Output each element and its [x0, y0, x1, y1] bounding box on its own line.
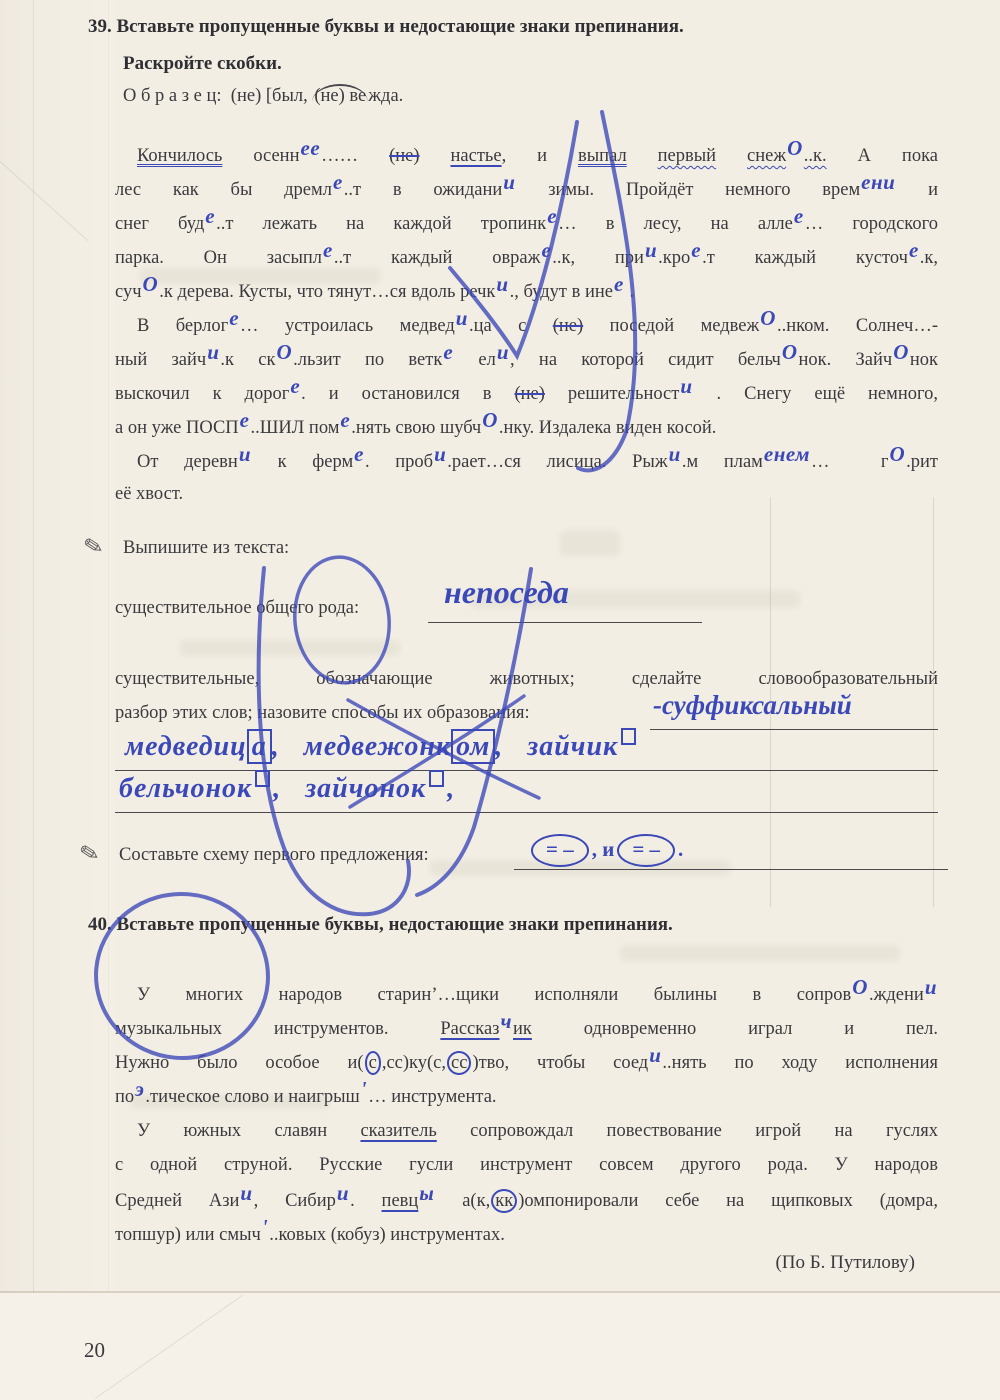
- text-segment: (не): [553, 316, 583, 336]
- text-segment: настье: [451, 146, 502, 166]
- handwritten-insert: е: [794, 205, 804, 228]
- text-segment: .ждени: [869, 985, 924, 1005]
- text-line: От деревни к ферме. проби.рает…ся лисица…: [115, 443, 938, 477]
- text-segment: ,сс)ку(с,: [382, 1053, 446, 1073]
- text-line: её хвост.: [115, 477, 938, 511]
- handwritten-insert: ʹ: [262, 1216, 268, 1239]
- handwritten-insert: и: [680, 375, 692, 398]
- page-number: 20: [84, 1338, 105, 1363]
- text-segment: музыкальных инструментов.: [115, 1019, 440, 1039]
- handwritten-insert: е: [547, 205, 557, 228]
- text-line: лес как бы дремле..т в ожидании зимы. Пр…: [115, 171, 938, 205]
- text-segment: … городского: [805, 214, 938, 234]
- text-segment: .тическое слово и наигрыш: [145, 1087, 359, 1107]
- text-segment: … устроилась медвед: [240, 316, 455, 336]
- text-segment: по: [115, 1087, 134, 1107]
- text-segment: и: [896, 180, 938, 200]
- text-segment: её хвост.: [115, 484, 183, 504]
- handwritten-insert: е: [333, 171, 343, 194]
- text-segment: [255, 770, 270, 787]
- text-segment: Нужно было особое и(: [115, 1053, 364, 1073]
- handwritten-words-row-2: бельчонок, зайчонок,: [119, 773, 455, 805]
- text-line: а он уже ПОСПе..ШИЛ поме.нять свою шубчО…: [115, 409, 938, 443]
- handwritten-insert: О: [889, 443, 905, 466]
- text-segment: . и остановился в: [301, 384, 514, 404]
- text-segment: .к,: [920, 248, 938, 268]
- text-line: сучО.к дерева. Кусты, что тянут…ся вдоль…: [115, 273, 938, 307]
- text-segment: . проб: [365, 452, 433, 472]
- handwritten-insert: О: [143, 273, 159, 296]
- text-segment: первый: [658, 146, 716, 166]
- text-segment: решительност: [545, 384, 679, 404]
- text-segment: снег буд: [115, 214, 204, 234]
- text-segment: выпал: [578, 146, 627, 166]
- scheme-oval-1: = –: [531, 834, 589, 867]
- text-segment: одновременно играл и пел.: [532, 1019, 938, 1039]
- text-segment: , зайчик: [495, 731, 618, 762]
- text-segment: бельчонок: [119, 773, 252, 804]
- showthrough-smudge: [180, 640, 400, 656]
- handwritten-insert: ы: [419, 1182, 434, 1205]
- text-segment: снеж: [747, 146, 786, 166]
- text-segment: От деревн: [137, 452, 238, 472]
- handwritten-insert: и: [337, 1182, 349, 1205]
- text-segment: ный зайч: [115, 350, 206, 370]
- text-segment: … в лесу, на алле: [558, 214, 793, 234]
- text-segment: нок. Зайч: [798, 350, 892, 370]
- scheme-mid: , и: [592, 837, 615, 861]
- exercise-40-paragraph-1: У многих народов старин’…щики исполняли …: [115, 976, 938, 1112]
- text-segment: )омпонировали себе на щипковых (домра,: [518, 1191, 938, 1211]
- text-segment: (не): [389, 146, 419, 166]
- text-segment: О б р а з е ц:: [123, 86, 231, 106]
- text-segment: жда.: [368, 86, 403, 106]
- text-segment: .ца с: [469, 316, 553, 336]
- text-segment: ..ШИЛ пом: [250, 418, 339, 438]
- text-line: Средней Азии, Сибири. певцы а(к,кк)омпон…: [115, 1182, 938, 1216]
- text-segment: … инструмента.: [368, 1087, 496, 1107]
- handwritten-insert: и: [503, 171, 515, 194]
- text-segment: А пока: [827, 146, 938, 166]
- showthrough-smudge: [560, 530, 620, 556]
- text-segment: сс: [447, 1051, 471, 1075]
- handwritten-insert: О: [782, 341, 798, 364]
- text-segment: поседой медвеж: [583, 316, 759, 336]
- exercise-40-paragraph-2: У южных славян сказитель сопровождал пов…: [115, 1114, 938, 1250]
- handwritten-insert: е: [205, 205, 215, 228]
- text-line: У южных славян сказитель сопровождал пов…: [115, 1114, 938, 1148]
- scanned-workbook-page: 39. Вставьте пропущенные буквы и недоста…: [0, 0, 1000, 1400]
- text-segment: Кончилось: [137, 146, 222, 166]
- text-segment: Рассказ: [440, 1019, 499, 1039]
- text-segment: (не) ве: [312, 84, 368, 106]
- text-segment: ……: [321, 146, 389, 166]
- handwritten-insert: и: [456, 307, 468, 330]
- text-segment: .рает…ся лисица. Рыж: [447, 452, 667, 472]
- text-segment: сказитель: [360, 1121, 436, 1141]
- handwritten-insert: и: [239, 443, 251, 466]
- text-segment: .кро: [658, 248, 690, 268]
- handwritten-insert: и: [497, 341, 509, 364]
- text-line: Кончилось осеннее…… (не) настье, и выпал…: [115, 137, 938, 171]
- text-segment: , Сибир: [254, 1191, 336, 1211]
- answer-line-2: [115, 812, 938, 813]
- handwritten-insert: и: [925, 976, 937, 999]
- handwritten-insert: ч: [501, 1010, 513, 1033]
- text-segment: .рит: [906, 452, 938, 472]
- page-left-margin: [0, 0, 115, 1400]
- text-segment: лес как бы дремл: [115, 180, 332, 200]
- text-segment: певц: [382, 1191, 419, 1211]
- text-segment: а он уже ПОСП: [115, 418, 239, 438]
- text-segment: ., будут в ине: [510, 282, 613, 302]
- text-segment: к ферм: [252, 452, 353, 472]
- handwritten-insert: и: [496, 273, 508, 296]
- handwritten-insert: е: [290, 375, 300, 398]
- text-line: выскочил к дороге. и остановился в (не) …: [115, 375, 938, 409]
- handwritten-insert: е: [541, 239, 551, 262]
- text-segment: с одной струной. Русские гусли инструмен…: [115, 1155, 938, 1175]
- exercise-39-paragraph-1: Кончилось осеннее…… (не) настье, и выпал…: [115, 137, 938, 307]
- text-segment: … г: [811, 452, 888, 472]
- text-segment: , медвежонк: [272, 731, 451, 762]
- task2-answer-blank: [650, 729, 938, 730]
- handwritten-insert: е: [443, 341, 453, 364]
- handwritten-insert: е: [323, 239, 333, 262]
- text-segment: суч: [115, 282, 142, 302]
- answer-line-1: [115, 770, 938, 771]
- text-line: Нужно было особое и(с,сс)ку(с,сс)тво, чт…: [115, 1044, 938, 1078]
- text-line: топшур) или смычʹ..ковых (кобуз) инструм…: [115, 1216, 938, 1250]
- text-segment: У южных славян: [137, 1121, 360, 1141]
- text-segment: сопровождал повествование игрой на гусля…: [437, 1121, 938, 1141]
- text-segment: [420, 146, 451, 166]
- handwritten-insert: О: [787, 137, 803, 160]
- bottom-paper-band: [0, 1293, 1000, 1400]
- handwritten-insert: О: [276, 341, 292, 364]
- text-segment: а: [247, 729, 272, 764]
- handwritten-insert: е: [691, 239, 701, 262]
- text-segment: . Снегу ещё немного,: [694, 384, 938, 404]
- text-segment: , зайчонок: [273, 773, 426, 804]
- handwritten-insert: е: [240, 409, 250, 432]
- exercise-39-paragraph-3: От деревни к ферме. проби.рает…ся лисица…: [115, 443, 938, 511]
- handwritten-insert: ени: [861, 171, 895, 194]
- task1-label: Выпишите из текста:: [123, 538, 289, 559]
- handwritten-insert: е: [614, 273, 624, 296]
- handwritten-insert: енем: [764, 443, 810, 466]
- text-segment: ..т каждый овраж: [334, 248, 541, 268]
- attribution: (По Б. Путилову): [115, 1252, 915, 1274]
- text-segment: [621, 728, 636, 745]
- handwritten-insert: О: [482, 409, 498, 432]
- text-segment: ,: [447, 773, 455, 804]
- text-segment: ел: [454, 350, 496, 370]
- text-segment: [627, 146, 658, 166]
- text-segment: ..к.: [804, 146, 827, 166]
- text-line: ный зайчи.к скО.льзит по ветке ели, на к…: [115, 341, 938, 375]
- handwritten-insert: и: [645, 239, 657, 262]
- text-segment: ..т в ожидани: [344, 180, 502, 200]
- text-segment: .льзит по ветк: [293, 350, 442, 370]
- horizontal-crease: [0, 1291, 1000, 1293]
- handwritten-insert: и: [240, 1182, 252, 1205]
- task1-field-label: существительное общего рода:: [115, 598, 359, 619]
- text-line: В берлоге… устроилась медведи.ца с (не) …: [115, 307, 938, 341]
- showthrough-smudge: [620, 945, 900, 961]
- handwritten-insert: О: [852, 976, 868, 999]
- text-segment: топшур) или смыч: [115, 1225, 261, 1245]
- text-segment: [429, 770, 444, 787]
- handwritten-insert: О: [893, 341, 909, 364]
- text-segment: а(к,: [435, 1191, 490, 1211]
- text-segment: [716, 146, 747, 166]
- text-line: парка. Он засыпле..т каждый овраже..к, п…: [115, 239, 938, 273]
- scheme-end: .: [678, 837, 683, 861]
- handwritten-insert: е: [354, 443, 364, 466]
- handwritten-words-row-1: медведица, медвежонком, зайчик: [125, 731, 639, 763]
- text-segment: выскочил к дорог: [115, 384, 289, 404]
- text-segment: .нку. Издалека виден косой.: [499, 418, 717, 438]
- text-segment: ..нком. Солнеч…-: [777, 316, 938, 336]
- text-segment: .: [350, 1191, 381, 1211]
- handwritten-insert: ʹ: [361, 1078, 367, 1101]
- exercise-39-title: 39. Вставьте пропущенные буквы и недоста…: [88, 16, 684, 38]
- handwritten-insert: э: [135, 1078, 144, 1101]
- text-segment: У многих народов старин’…щики исполняли …: [137, 985, 851, 1005]
- text-segment: .к ск: [220, 350, 275, 370]
- task1-answer-blank: [428, 622, 702, 623]
- text-segment: (не): [514, 384, 544, 404]
- exercise-39-paragraph-2: В берлоге… устроилась медведи.ца с (не) …: [115, 307, 938, 443]
- handwritten-insert: ее: [301, 137, 321, 160]
- text-segment: ик: [513, 1019, 532, 1039]
- handwritten-insert: и: [649, 1044, 661, 1067]
- text-line: музыкальных инструментов. Рассказчик одн…: [115, 1010, 938, 1044]
- text-segment: .: [625, 282, 634, 302]
- text-segment: , и: [502, 146, 578, 166]
- task1-handwritten-answer: непоседа: [444, 574, 569, 611]
- text-segment: В берлог: [137, 316, 228, 336]
- text-segment: .нять свою шубч: [351, 418, 481, 438]
- text-segment: ..к, при: [552, 248, 644, 268]
- text-segment: ..нять по ходу исполнения: [662, 1053, 938, 1073]
- handwritten-insert: и: [434, 443, 446, 466]
- text-segment: .т каждый кусточ: [702, 248, 908, 268]
- exercise-40-title: 40. Вставьте пропущенные буквы, недостаю…: [88, 914, 673, 936]
- task3-label: Составьте схему первого предложения:: [119, 845, 429, 866]
- text-segment: ..ковых (кобуз) инструментах.: [269, 1225, 505, 1245]
- text-segment: нок: [910, 350, 938, 370]
- text-segment: ..т лежать на каждой тропинк: [216, 214, 546, 234]
- text-segment: .к дерева. Кусты, что тянут…ся вдоль реч…: [159, 282, 495, 302]
- text-segment: медведиц: [125, 731, 247, 762]
- text-segment: , на которой сидит бельч: [510, 350, 781, 370]
- handwritten-insert: е: [340, 409, 350, 432]
- handwritten-insert: и: [207, 341, 219, 364]
- text-segment: Средней Ази: [115, 1191, 239, 1211]
- handwritten-sentence-scheme: = –, и= –.: [528, 834, 683, 867]
- handwritten-insert: и: [669, 443, 681, 466]
- text-segment: кк: [491, 1189, 517, 1213]
- handwritten-insert: е: [229, 307, 239, 330]
- text-segment: .м плам: [682, 452, 763, 472]
- text-segment: ом: [451, 729, 495, 764]
- task3-answer-blank: [514, 869, 948, 870]
- text-line: снег буде..т лежать на каждой тропинке… …: [115, 205, 938, 239]
- binding-crease: [33, 0, 34, 1400]
- text-segment: был,: [272, 86, 312, 106]
- scheme-oval-2: = –: [617, 834, 675, 867]
- text-segment: (не): [231, 86, 266, 106]
- text-segment: )тво, чтобы соед: [472, 1053, 648, 1073]
- text-line: У многих народов старин’…щики исполняли …: [115, 976, 938, 1010]
- handwritten-insert: О: [760, 307, 776, 330]
- exercise-39-sample: О б р а з е ц: (не) [был, (не) вежда.: [123, 86, 403, 107]
- gutter-crease: [108, 0, 109, 1400]
- text-segment: парка. Он засыпл: [115, 248, 322, 268]
- handwritten-insert: е: [909, 239, 919, 262]
- exercise-39-subtitle: Раскройте скобки.: [123, 53, 282, 75]
- text-segment: с: [365, 1051, 381, 1075]
- task2-handwritten-answer: -суффиксальный: [653, 690, 852, 721]
- text-segment: осенн: [222, 146, 299, 166]
- text-line: с одной струной. Русские гусли инструмен…: [115, 1148, 938, 1182]
- text-segment: зимы. Пройдёт немного врем: [516, 180, 860, 200]
- text-line: поэ.тическое слово и наигрышʹ… инструмен…: [115, 1078, 938, 1112]
